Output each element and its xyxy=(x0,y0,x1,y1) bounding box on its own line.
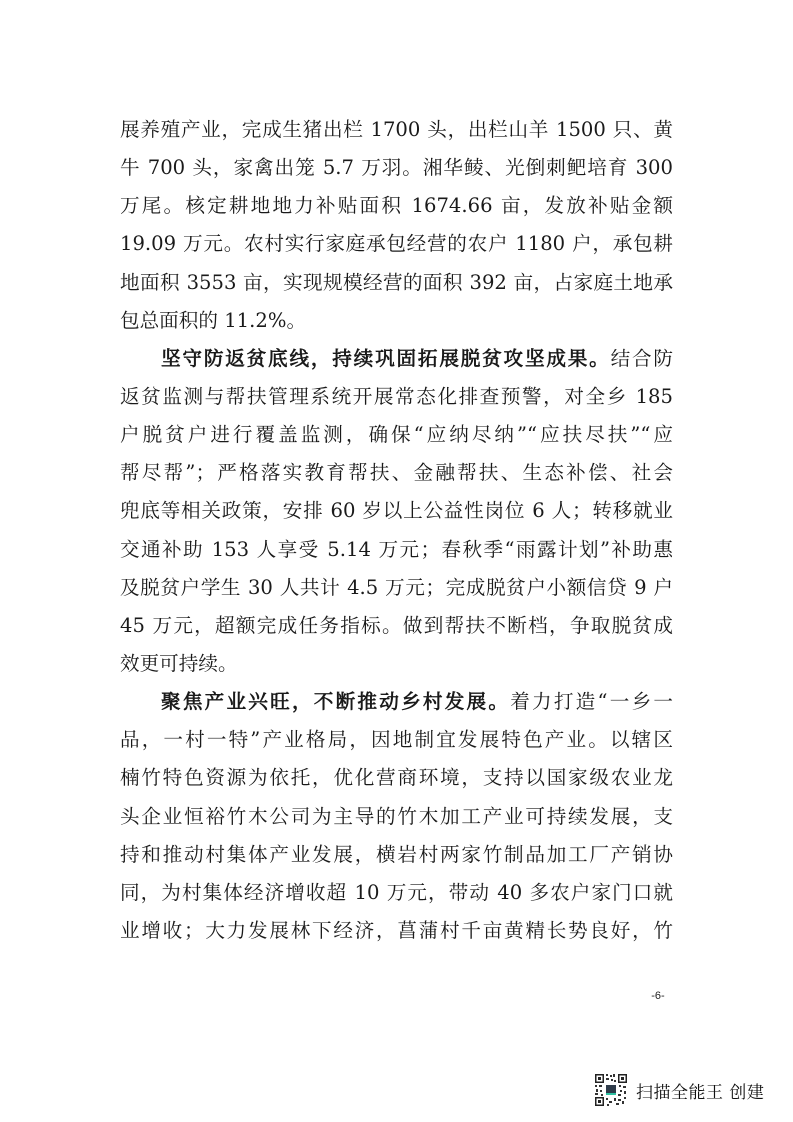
line-text: 包总面积的 11.2%。 xyxy=(120,309,306,332)
text-line: 万尾。核定耕地地力补贴面积 1674.66 亩，发放补贴金额 xyxy=(120,187,673,225)
line-text: 45 万元，超额完成任务指标。做到帮扶不断档，争取脱贫成 xyxy=(120,614,673,637)
scanner-watermark: 扫描全能王 创建 xyxy=(594,1072,764,1108)
text-line: 品，一村一特”产业格局，因地制宜发展特色产业。以辖区 xyxy=(120,721,673,759)
line-text: 地面积 3553 亩，实现规模经营的面积 392 亩，占家庭土地承 xyxy=(120,271,673,294)
line-text: 品，一村一特”产业格局，因地制宜发展特色产业。以辖区 xyxy=(120,728,673,751)
paragraph-heading: 聚焦产业兴旺，不断推动乡村发展。 xyxy=(161,690,510,713)
text-line: 19.09 万元。农村实行家庭承包经营的农户 1180 户，承包耕 xyxy=(120,225,673,263)
text-line: 及脱贫户学生 30 人共计 4.5 万元；完成脱贫户小额信贷 9 户 xyxy=(120,569,673,607)
line-text: 着力打造“一乡一 xyxy=(510,690,673,713)
line-text: 交通补助 153 人享受 5.14 万元；春秋季“雨露计划”补助惠 xyxy=(120,538,673,561)
line-text: 楠竹特色资源为依托，优化营商环境，支持以国家级农业龙 xyxy=(120,766,673,789)
line-text: 及脱贫户学生 30 人共计 4.5 万元；完成脱贫户小额信贷 9 户 xyxy=(120,576,673,599)
line-text: 牛 700 头，家禽出笼 5.7 万羽。湘华鲮、光倒刺鲃培育 300 xyxy=(120,156,673,179)
text-line: 地面积 3553 亩，实现规模经营的面积 392 亩，占家庭土地承 xyxy=(120,264,673,302)
line-text: 展养殖产业，完成生猪出栏 1700 头，出栏山羊 1500 只、黄 xyxy=(120,118,673,141)
paragraph-heading-line: 聚焦产业兴旺，不断推动乡村发展。着力打造“一乡一 xyxy=(120,683,673,721)
line-text: 帮尽帮”；严格落实教育帮扶、金融帮扶、生态补偿、社会 xyxy=(120,461,673,484)
line-text: 户脱贫户进行覆盖监测，确保“应纳尽纳”“应扶尽扶”“应 xyxy=(120,423,673,446)
watermark-label: 扫描全能王 创建 xyxy=(636,1078,764,1103)
text-line: 45 万元，超额完成任务指标。做到帮扶不断档，争取脱贫成 xyxy=(120,607,673,645)
line-text: 持和推动村集体产业发展，横岩村两家竹制品加工厂产销协 xyxy=(120,843,673,866)
line-text: 结合防 xyxy=(611,347,673,370)
line-text: 返贫监测与帮扶管理系统开展常态化排查预警，对全乡 185 xyxy=(120,385,673,408)
text-line: 同，为村集体经济增收超 10 万元，带动 40 多农户家门口就 xyxy=(120,874,673,912)
document-body: 展养殖产业，完成生猪出栏 1700 头，出栏山羊 1500 只、黄牛 700 头… xyxy=(120,111,673,950)
line-text: 业增收；大力发展林下经济，菖蒲村千亩黄精长势良好，竹 xyxy=(120,919,673,942)
text-line: 效更可持续。 xyxy=(120,645,673,683)
text-line: 楠竹特色资源为依托，优化营商环境，支持以国家级农业龙 xyxy=(120,759,673,797)
line-text: 头企业恒裕竹木公司为主导的竹木加工产业可持续发展，支 xyxy=(120,805,673,828)
text-line: 牛 700 头，家禽出笼 5.7 万羽。湘华鲮、光倒刺鲃培育 300 xyxy=(120,149,673,187)
text-line: 头企业恒裕竹木公司为主导的竹木加工产业可持续发展，支 xyxy=(120,798,673,836)
text-line: 户脱贫户进行覆盖监测，确保“应纳尽纳”“应扶尽扶”“应 xyxy=(120,416,673,454)
text-line: 持和推动村集体产业发展，横岩村两家竹制品加工厂产销协 xyxy=(120,836,673,874)
text-line: 业增收；大力发展林下经济，菖蒲村千亩黄精长势良好，竹 xyxy=(120,912,673,950)
document-page: 展养殖产业，完成生猪出栏 1700 头，出栏山羊 1500 只、黄牛 700 头… xyxy=(0,0,793,1122)
line-text: 同，为村集体经济增收超 10 万元，带动 40 多农户家门口就 xyxy=(120,881,673,904)
line-text: 万尾。核定耕地地力补贴面积 1674.66 亩，发放补贴金额 xyxy=(120,194,673,217)
text-line: 包总面积的 11.2%。 xyxy=(120,302,673,340)
line-text: 19.09 万元。农村实行家庭承包经营的农户 1180 户，承包耕 xyxy=(120,232,673,255)
paragraph-heading-line: 坚守防返贫底线，持续巩固拓展脱贫攻坚成果。结合防 xyxy=(120,340,673,378)
line-text: 兜底等相关政策，安排 60 岁以上公益性岗位 6 人；转移就业 xyxy=(120,499,673,522)
text-line: 展养殖产业，完成生猪出栏 1700 头，出栏山羊 1500 只、黄 xyxy=(120,111,673,149)
text-line: 帮尽帮”；严格落实教育帮扶、金融帮扶、生态补偿、社会 xyxy=(120,454,673,492)
text-line: 返贫监测与帮扶管理系统开展常态化排查预警，对全乡 185 xyxy=(120,378,673,416)
text-line: 交通补助 153 人享受 5.14 万元；春秋季“雨露计划”补助惠 xyxy=(120,531,673,569)
paragraph-heading: 坚守防返贫底线，持续巩固拓展脱贫攻坚成果。 xyxy=(161,347,611,370)
qr-code-icon xyxy=(594,1073,628,1107)
page-number: -6- xyxy=(643,990,673,1002)
text-line: 兜底等相关政策，安排 60 岁以上公益性岗位 6 人；转移就业 xyxy=(120,492,673,530)
line-text: 效更可持续。 xyxy=(120,652,238,675)
